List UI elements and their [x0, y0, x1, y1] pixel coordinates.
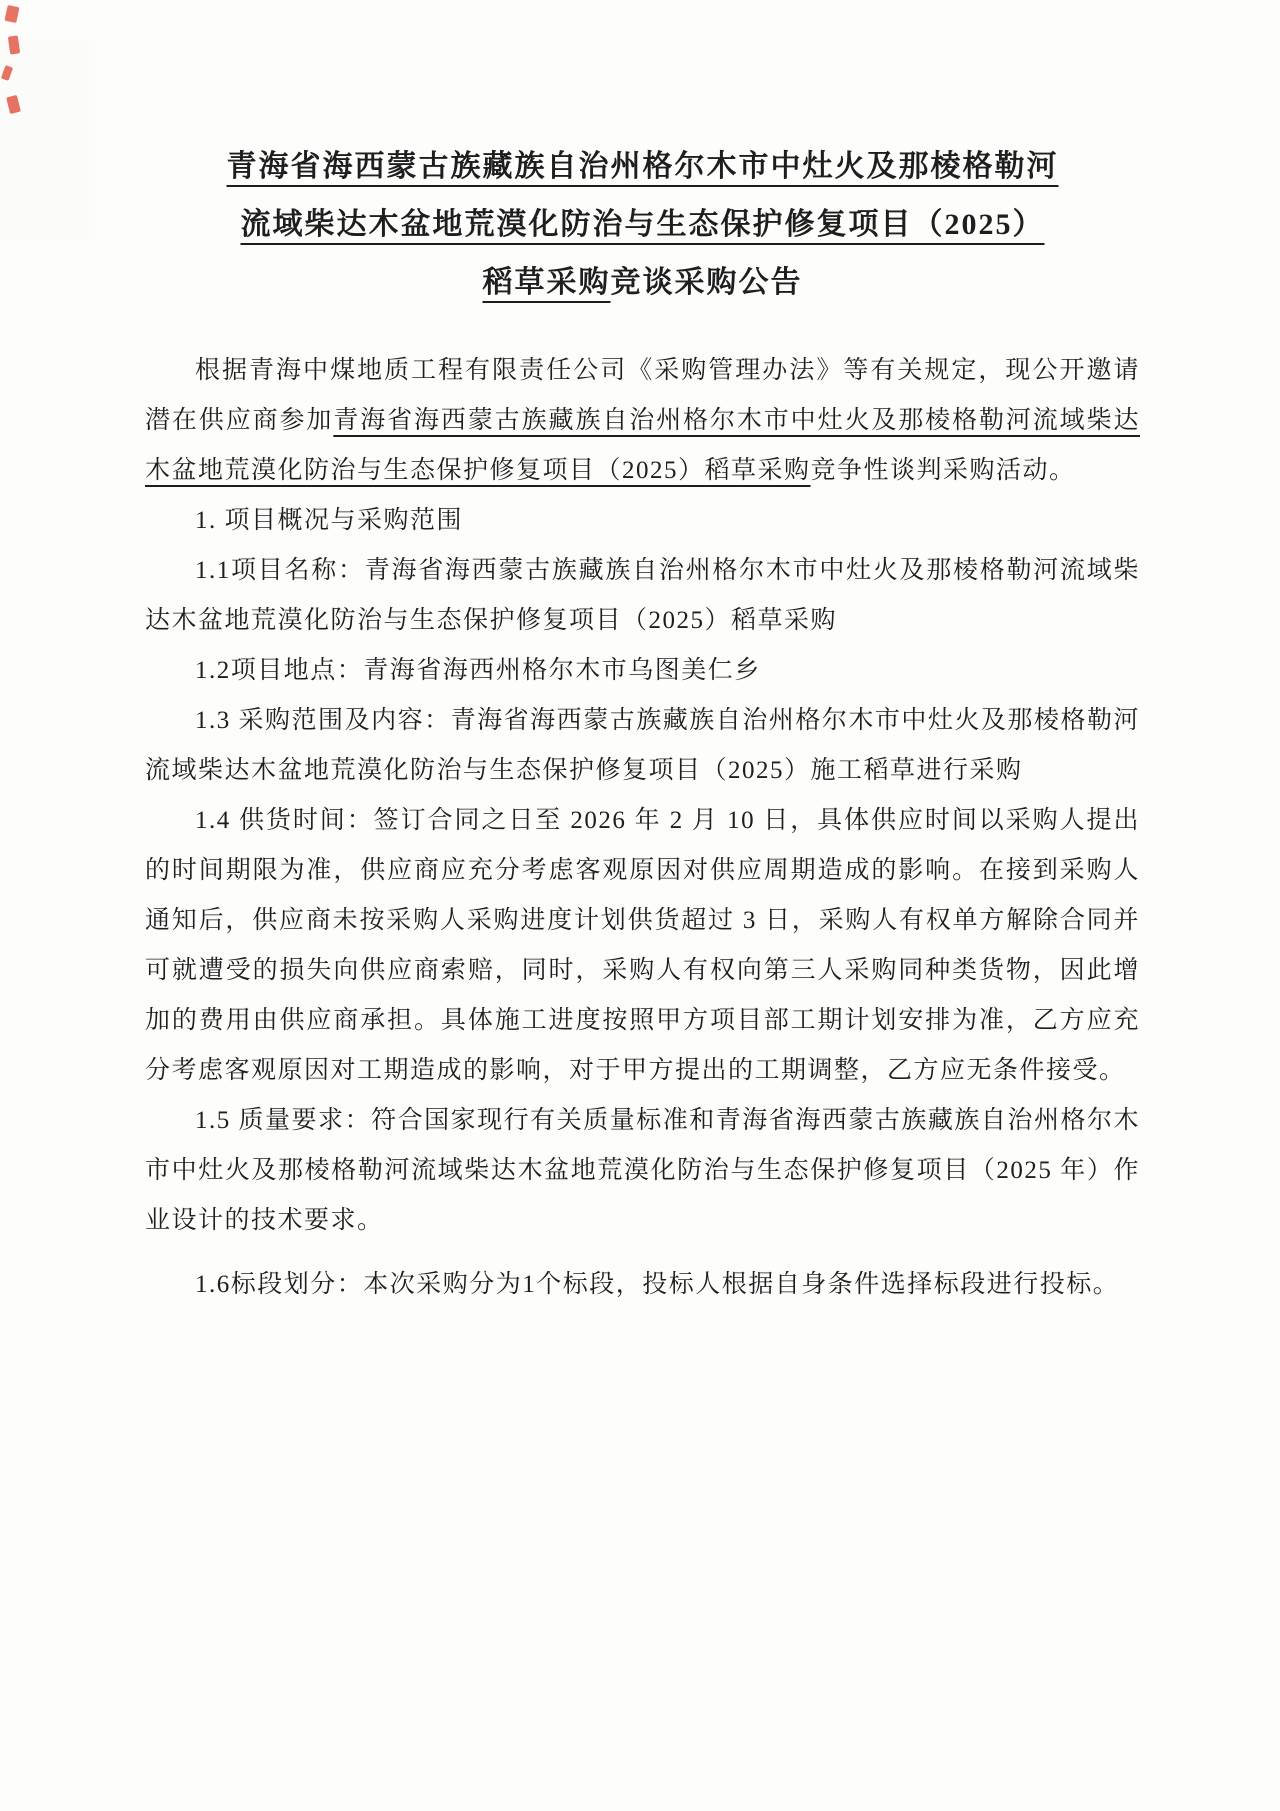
item-1-1-project-name: 1.1项目名称：青海省海西蒙古族藏族自治州格尔木市中灶火及那棱格勒河流域柴达木盆…	[145, 546, 1140, 646]
item-1-5-quality-requirements: 1.5 质量要求：符合国家现行有关质量标准和青海省海西蒙古族藏族自治州格尔木市中…	[145, 1096, 1140, 1246]
title-line-1: 青海省海西蒙古族藏族自治州格尔木市中灶火及那棱格勒河	[145, 138, 1140, 196]
scan-artifact	[1, 65, 13, 81]
document-body: 根据青海中煤地质工程有限责任公司《采购管理办法》等有关规定，现公开邀请潜在供应商…	[145, 346, 1140, 1310]
intro-text-tail: 竞争性谈判采购活动。	[811, 457, 1076, 484]
title-line-3-rest: 竞谈采购公告	[611, 266, 803, 299]
item-1-4-supply-time: 1.4 供货时间：签订合同之日至 2026 年 2 月 10 日，具体供应时间以…	[145, 796, 1140, 1096]
title-line-3-underlined: 稻草采购	[483, 266, 611, 299]
title-line-2: 流域柴达木盆地荒漠化防治与生态保护修复项目（2025）	[145, 196, 1140, 254]
scan-artifact	[8, 35, 20, 54]
item-1-6-bid-sections: 1.6标段划分：本次采购分为1个标段，投标人根据自身条件选择标段进行投标。	[145, 1260, 1140, 1310]
intro-paragraph: 根据青海中煤地质工程有限责任公司《采购管理办法》等有关规定，现公开邀请潜在供应商…	[145, 346, 1140, 496]
document-title: 青海省海西蒙古族藏族自治州格尔木市中灶火及那棱格勒河 流域柴达木盆地荒漠化防治与…	[145, 138, 1140, 312]
item-1-2-project-location: 1.2项目地点：青海省海西州格尔木市乌图美仁乡	[145, 646, 1140, 696]
scan-artifact	[4, 5, 19, 23]
document-page: 青海省海西蒙古族藏族自治州格尔木市中灶火及那棱格勒河 流域柴达木盆地荒漠化防治与…	[0, 0, 1280, 1811]
item-1-3-procurement-scope: 1.3 采购范围及内容：青海省海西蒙古族藏族自治州格尔木市中灶火及那棱格勒河流域…	[145, 696, 1140, 796]
title-line-3: 稻草采购竞谈采购公告	[145, 254, 1140, 312]
scan-artifact	[6, 95, 21, 114]
section-1-heading: 1. 项目概况与采购范围	[145, 496, 1140, 546]
